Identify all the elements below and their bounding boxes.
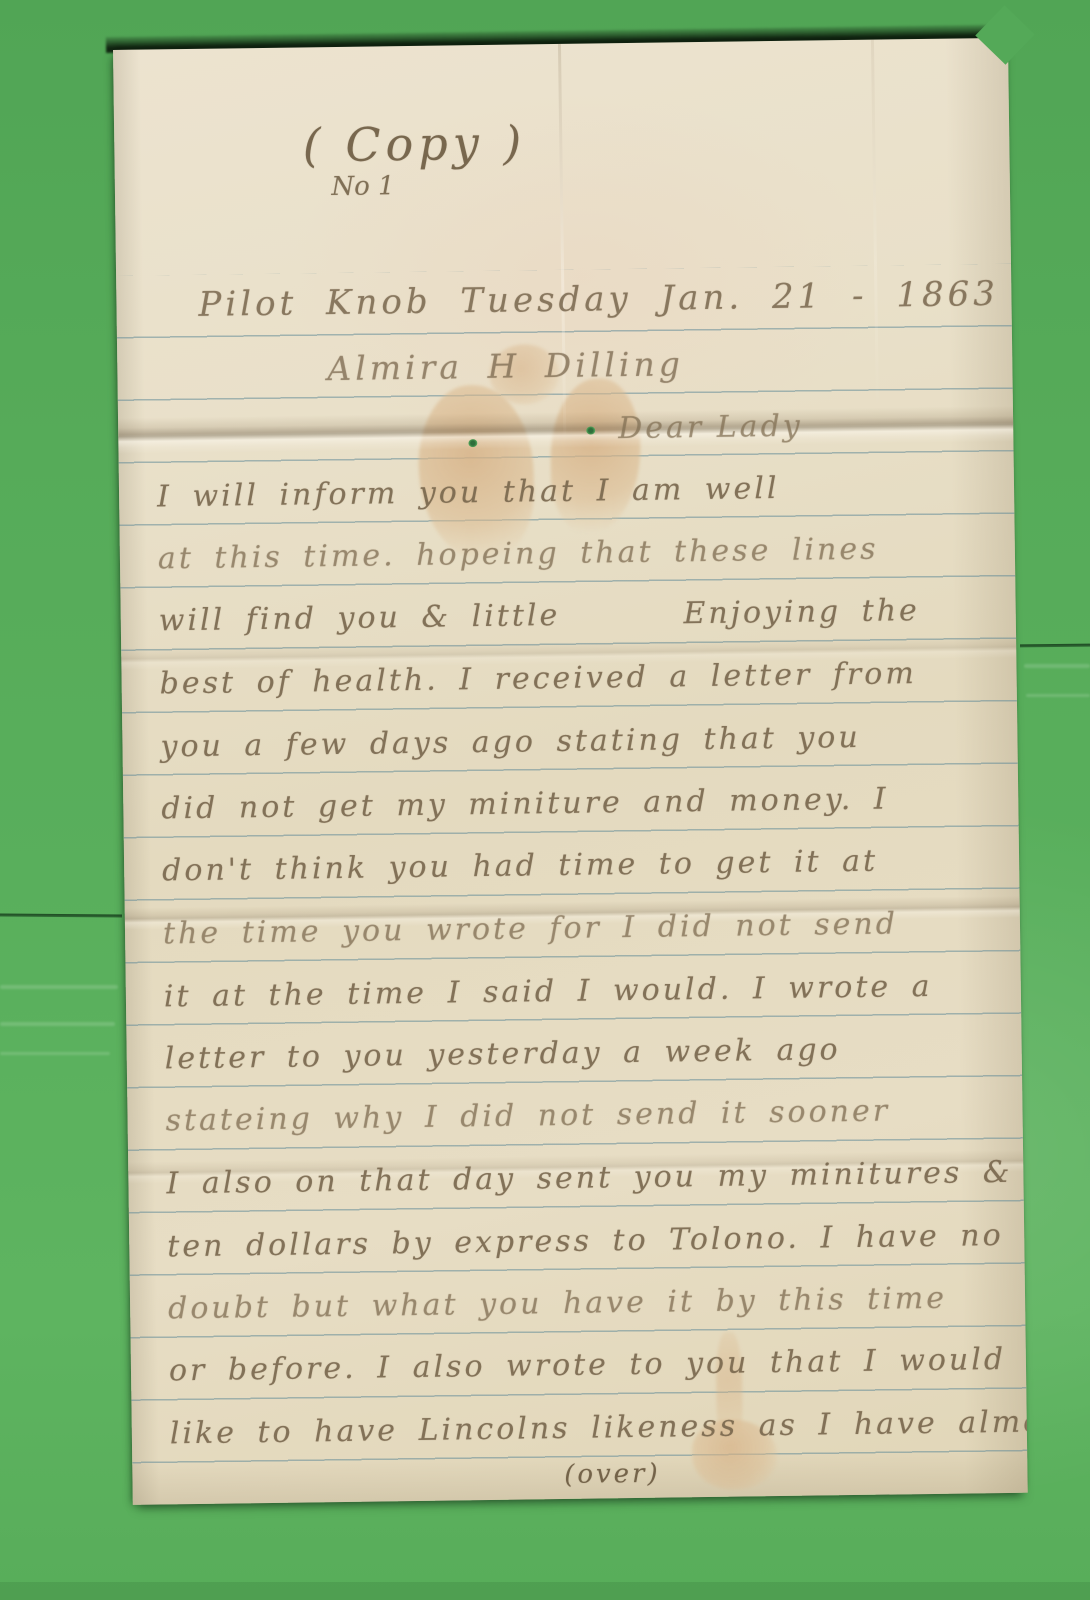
copy-annotation-number: No 1 — [331, 171, 395, 202]
water-stain-right — [550, 378, 642, 534]
dateline: Pilot Knob Tuesday Jan. 21 - 1863 — [198, 274, 999, 325]
backdrop-fold-streak-left-3 — [0, 1052, 110, 1055]
body-line-15: or before. I also wrote to you that I wo… — [169, 1342, 1007, 1388]
copy-annotation-text: ( Copy ) — [302, 115, 526, 172]
body-line-9: it at the time I said I would. I wrote a — [164, 969, 933, 1014]
fold-crease-major — [118, 406, 1013, 454]
body-line-7: don't think you had time to get it at — [162, 844, 878, 889]
vertical-crease-right — [871, 40, 879, 410]
body-line-8: the time you wrote for I did not send — [163, 906, 898, 951]
body-line-10: letter to you yesterday a week ago — [165, 1032, 841, 1076]
body-line-5: you a few days ago stating that you — [160, 720, 861, 765]
body-line-12: I also on that day sent you my minitures… — [166, 1155, 1013, 1202]
water-stain-left — [418, 384, 535, 561]
backdrop-bottom-shade — [0, 1582, 1090, 1600]
copy-annotation: ( Copy ) No 1 — [272, 96, 528, 232]
body-line-11: stateing why I did not send it sooner — [165, 1094, 890, 1139]
recipient-line: Almira H Dilling — [327, 344, 684, 388]
salutation: Dear Lady — [618, 409, 803, 447]
body-line-16: like to have Lincolns likeness as I have… — [170, 1404, 1028, 1451]
letter-paper: ( Copy ) No 1 Pilot Knob Tuesday Jan. 21… — [113, 38, 1028, 1505]
backdrop-fold-streak-left-1 — [0, 985, 118, 989]
body-line-13: ten dollars by express to Tolono. I have… — [167, 1218, 1004, 1264]
backdrop-fold-streak-right-2 — [1026, 694, 1090, 697]
backdrop-fold-streak-left-2 — [0, 1022, 115, 1026]
body-line-2: at this time. hopeing that these lines — [158, 532, 879, 577]
paper-hole-right — [586, 426, 595, 434]
paper-hole-left — [468, 439, 477, 447]
body-line-1: I will inform you that I am well — [157, 471, 780, 514]
letter-photo: ( Copy ) No 1 Pilot Knob Tuesday Jan. 21… — [0, 0, 1090, 1600]
body-line-6: did not get my miniture and money. I — [161, 782, 889, 827]
body-line-14: doubt but what you have it by this time — [168, 1281, 947, 1327]
backdrop-fold-streak-right-1 — [1024, 664, 1090, 668]
body-line-3: will find you & little Enjoying the — [159, 593, 920, 638]
body-line-4: best of health. I received a letter from — [159, 656, 917, 701]
over-footnote: (over) — [482, 1458, 742, 1492]
